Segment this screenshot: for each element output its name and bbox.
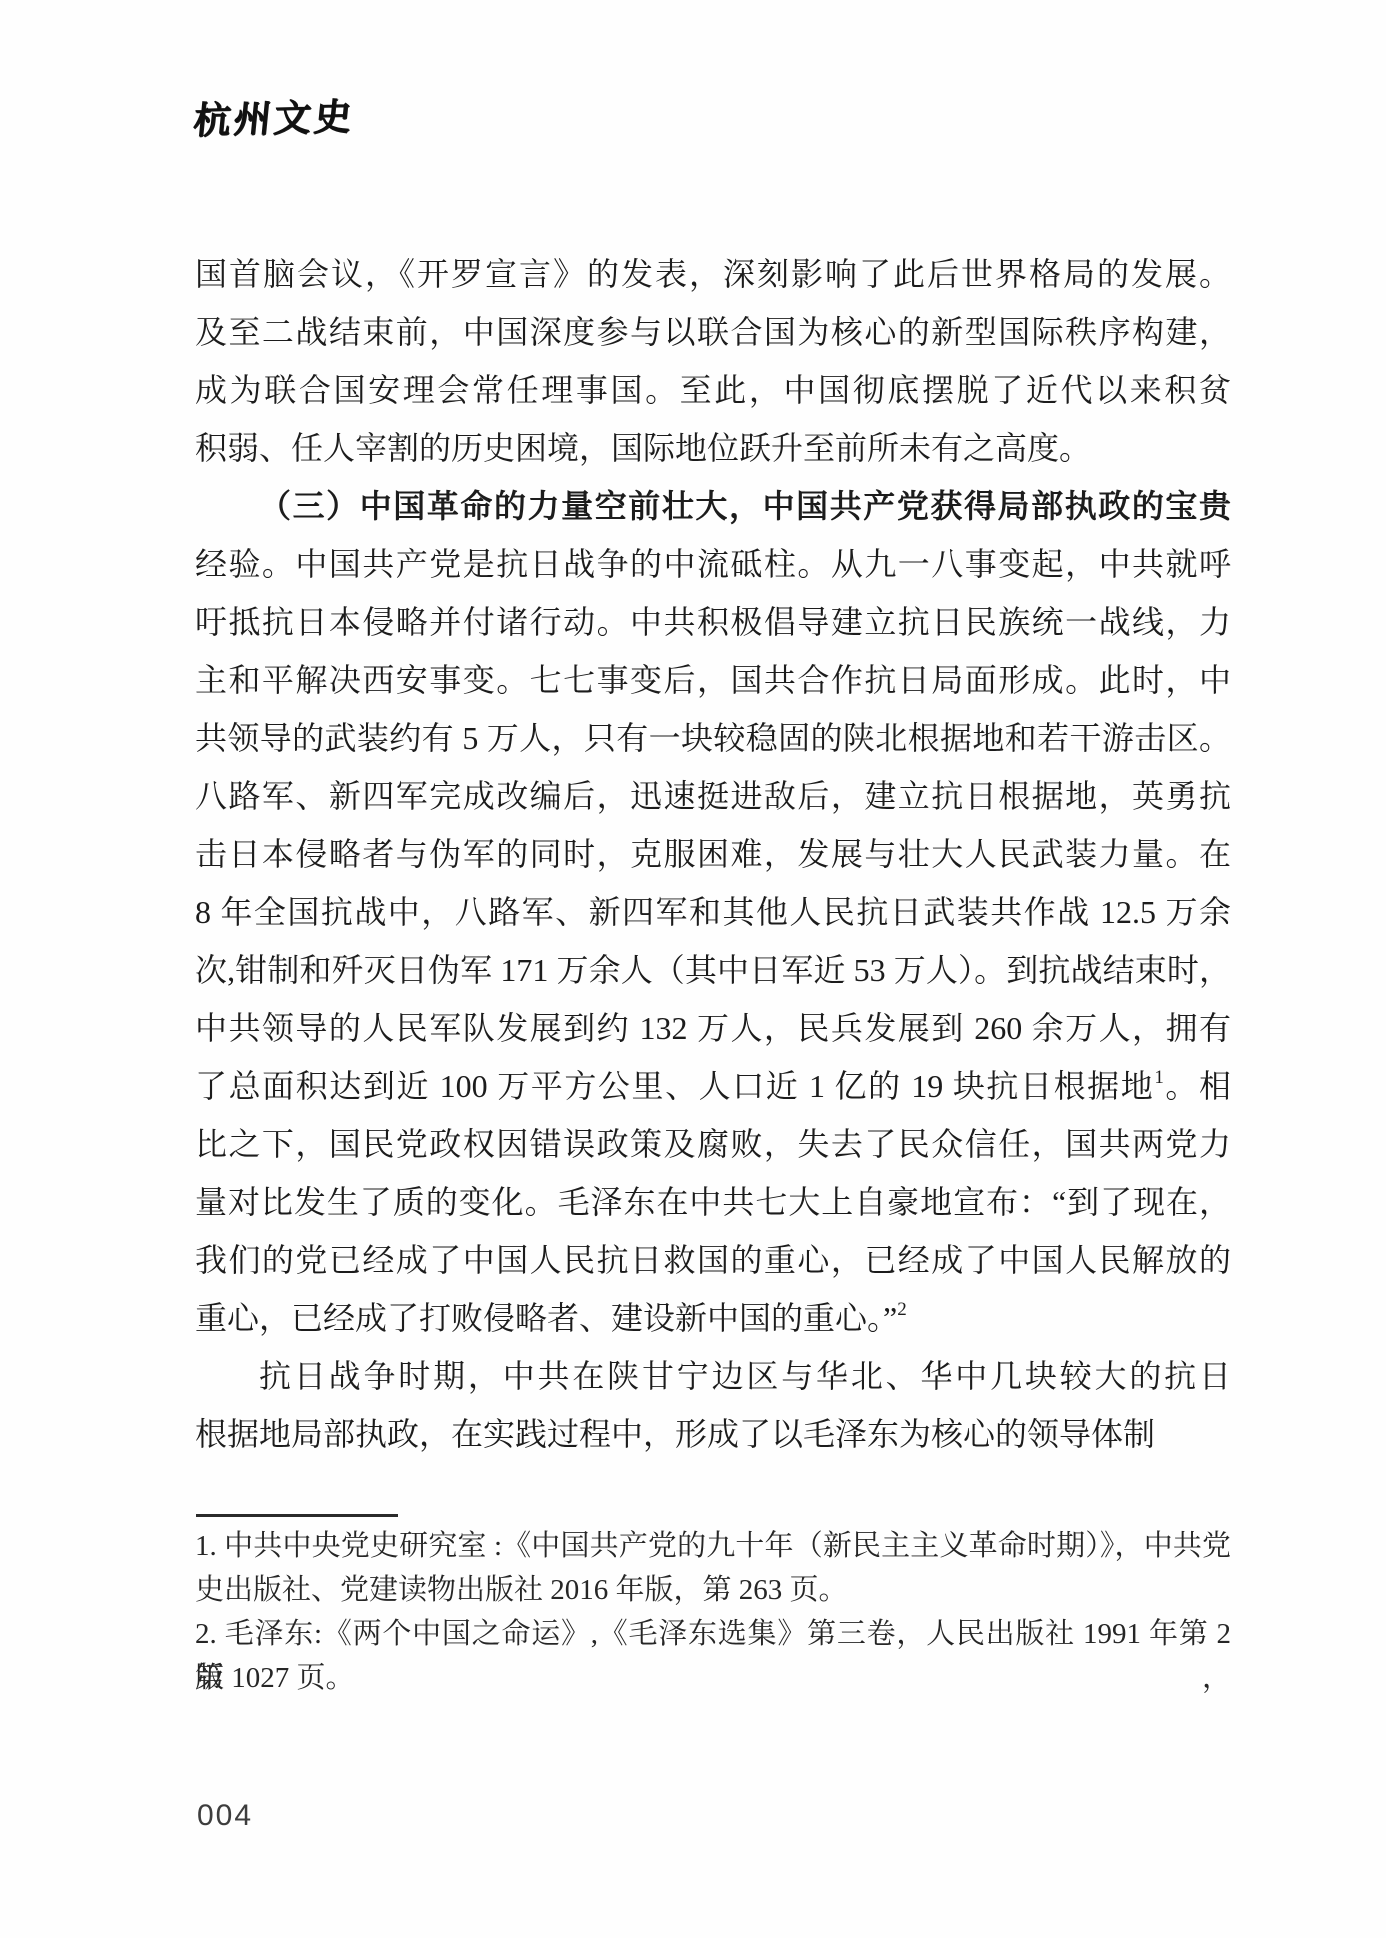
footnote-line: 史出版社、党建读物出版社 2016 年版，第 263 页。	[195, 1568, 1231, 1612]
text-run: 。相	[1164, 1068, 1231, 1104]
body-text: 国首脑会议，《开罗宣言》的发表，深刻影响了此后世界格局的发展。及至二战结束前，中…	[195, 245, 1231, 1463]
body-line: 我们的党已经成了中国人民抗日救国的重心，已经成了中国人民解放的	[195, 1231, 1231, 1289]
body-line: 根据地局部执政，在实践过程中，形成了以毛泽东为核心的领导体制	[195, 1405, 1231, 1463]
text-run: 第 1027 页。	[195, 1662, 355, 1694]
body-line: 量对比发生了质的变化。毛泽东在中共七大上自豪地宣布：“到了现在，	[195, 1173, 1231, 1231]
footnote-ref: 2	[897, 1299, 907, 1320]
text-run: 8 年全国抗战中，八路军、新四军和其他人民抗日武装共作战 12.5 万余	[195, 894, 1231, 930]
text-run: 主和平解决西安事变。七七事变后，国共合作抗日局面形成。此时，中	[195, 662, 1231, 698]
footnote-ref: 1	[1154, 1067, 1164, 1088]
book-page: { "masthead": { "logo_text": "杭州文史" }, "…	[0, 0, 1386, 1938]
body-line: 共领导的武装约有 5 万人，只有一块较稳固的陕北根据地和若干游击区。	[195, 709, 1231, 767]
body-line: 击日本侵略者与伪军的同时，克服困难，发展与壮大人民武装力量。在	[195, 825, 1231, 883]
text-run: 了总面积达到近 100 万平方公里、人口近 1 亿的 19 块抗日根据地	[195, 1068, 1154, 1104]
text-run: 重心，已经成了打败侵略者、建设新中国的重心。”	[195, 1300, 897, 1336]
text-run: 国首脑会议，《开罗宣言》的发表，深刻影响了此后世界格局的发展。	[195, 256, 1231, 292]
text-run: 次,钳制和歼灭日伪军 171 万余人（其中日军近 53 万人）。到抗战结束时，	[195, 952, 1231, 988]
footnotes: 1. 中共中央党史研究室 :《中国共产党的九十年（新民主主义革命时期）》，中共党…	[195, 1524, 1231, 1700]
text-run: 比之下，国民党政权因错误政策及腐败，失去了民众信任，国共两党力	[195, 1126, 1231, 1162]
text-run: 量对比发生了质的变化。毛泽东在中共七大上自豪地宣布：“到了现在，	[195, 1184, 1231, 1220]
text-run: 共领导的武装约有 5 万人，只有一块较稳固的陕北根据地和若干游击区。	[195, 720, 1231, 756]
body-line: 经验。中国共产党是抗日战争的中流砥柱。从九一八事变起，中共就呼	[195, 535, 1231, 593]
body-line: 次,钳制和歼灭日伪军 171 万余人（其中日军近 53 万人）。到抗战结束时，	[195, 941, 1231, 999]
body-line: 八路军、新四军完成改编后，迅速挺进敌后，建立抗日根据地，英勇抗	[195, 767, 1231, 825]
footnote-divider	[196, 1514, 398, 1517]
body-line: 8 年全国抗战中，八路军、新四军和其他人民抗日武装共作战 12.5 万余	[195, 883, 1231, 941]
body-line: 中共领导的人民军队发展到约 132 万人，民兵发展到 260 余万人，拥有	[195, 999, 1231, 1057]
text-run: 中共领导的人民军队发展到约 132 万人，民兵发展到 260 余万人，拥有	[195, 1010, 1231, 1046]
text-run: （三）中国革命的力量空前壮大，中国共产党获得局部执政的宝贵	[259, 488, 1231, 524]
body-line: 国首脑会议，《开罗宣言》的发表，深刻影响了此后世界格局的发展。	[195, 245, 1231, 303]
text-run: 及至二战结束前，中国深度参与以联合国为核心的新型国际秩序构建，	[195, 314, 1231, 350]
text-run: 根据地局部执政，在实践过程中，形成了以毛泽东为核心的领导体制	[195, 1416, 1155, 1452]
body-line: 重心，已经成了打败侵略者、建设新中国的重心。”2	[195, 1289, 1231, 1347]
body-line: 成为联合国安理会常任理事国。至此，中国彻底摆脱了近代以来积贫	[195, 361, 1231, 419]
body-line: 吁抵抗日本侵略并付诸行动。中共积极倡导建立抗日民族统一战线，力	[195, 593, 1231, 651]
body-line: 积弱、任人宰割的历史困境，国际地位跃升至前所未有之高度。	[195, 419, 1231, 477]
text-run: 史出版社、党建读物出版社 2016 年版，第 263 页。	[195, 1574, 848, 1606]
text-run: 击日本侵略者与伪军的同时，克服困难，发展与壮大人民武装力量。在	[195, 836, 1231, 872]
body-line: 了总面积达到近 100 万平方公里、人口近 1 亿的 19 块抗日根据地1。相	[195, 1057, 1231, 1115]
text-run: 成为联合国安理会常任理事国。至此，中国彻底摆脱了近代以来积贫	[195, 372, 1231, 408]
text-run: 我们的党已经成了中国人民抗日救国的重心，已经成了中国人民解放的	[195, 1242, 1231, 1278]
text-run: 抗日战争时期，中共在陕甘宁边区与华北、华中几块较大的抗日	[259, 1358, 1231, 1394]
text-run: 积弱、任人宰割的历史困境，国际地位跃升至前所未有之高度。	[195, 430, 1091, 466]
body-line: 及至二战结束前，中国深度参与以联合国为核心的新型国际秩序构建，	[195, 303, 1231, 361]
text-run: 1. 中共中央党史研究室 :《中国共产党的九十年（新民主主义革命时期）》，中共党	[195, 1530, 1231, 1562]
page-number: 004	[197, 1799, 253, 1833]
body-line: 抗日战争时期，中共在陕甘宁边区与华北、华中几块较大的抗日	[195, 1347, 1231, 1405]
text-run: 经验。中国共产党是抗日战争的中流砥柱。从九一八事变起，中共就呼	[195, 546, 1231, 582]
body-line: 主和平解决西安事变。七七事变后，国共合作抗日局面形成。此时，中	[195, 651, 1231, 709]
body-line: （三）中国革命的力量空前壮大，中国共产党获得局部执政的宝贵	[195, 477, 1231, 535]
footnote-line: 1. 中共中央党史研究室 :《中国共产党的九十年（新民主主义革命时期）》，中共党	[195, 1524, 1231, 1568]
masthead-logo: 杭州文史	[191, 86, 357, 144]
body-line: 比之下，国民党政权因错误政策及腐败，失去了民众信任，国共两党力	[195, 1115, 1231, 1173]
text-run: 八路军、新四军完成改编后，迅速挺进敌后，建立抗日根据地，英勇抗	[195, 778, 1231, 814]
footnote-line: 2. 毛泽东:《两个中国之命运》,《毛泽东选集》第三卷，人民出版社 1991 年…	[195, 1612, 1231, 1656]
text-run: 吁抵抗日本侵略并付诸行动。中共积极倡导建立抗日民族统一战线，力	[195, 604, 1231, 640]
